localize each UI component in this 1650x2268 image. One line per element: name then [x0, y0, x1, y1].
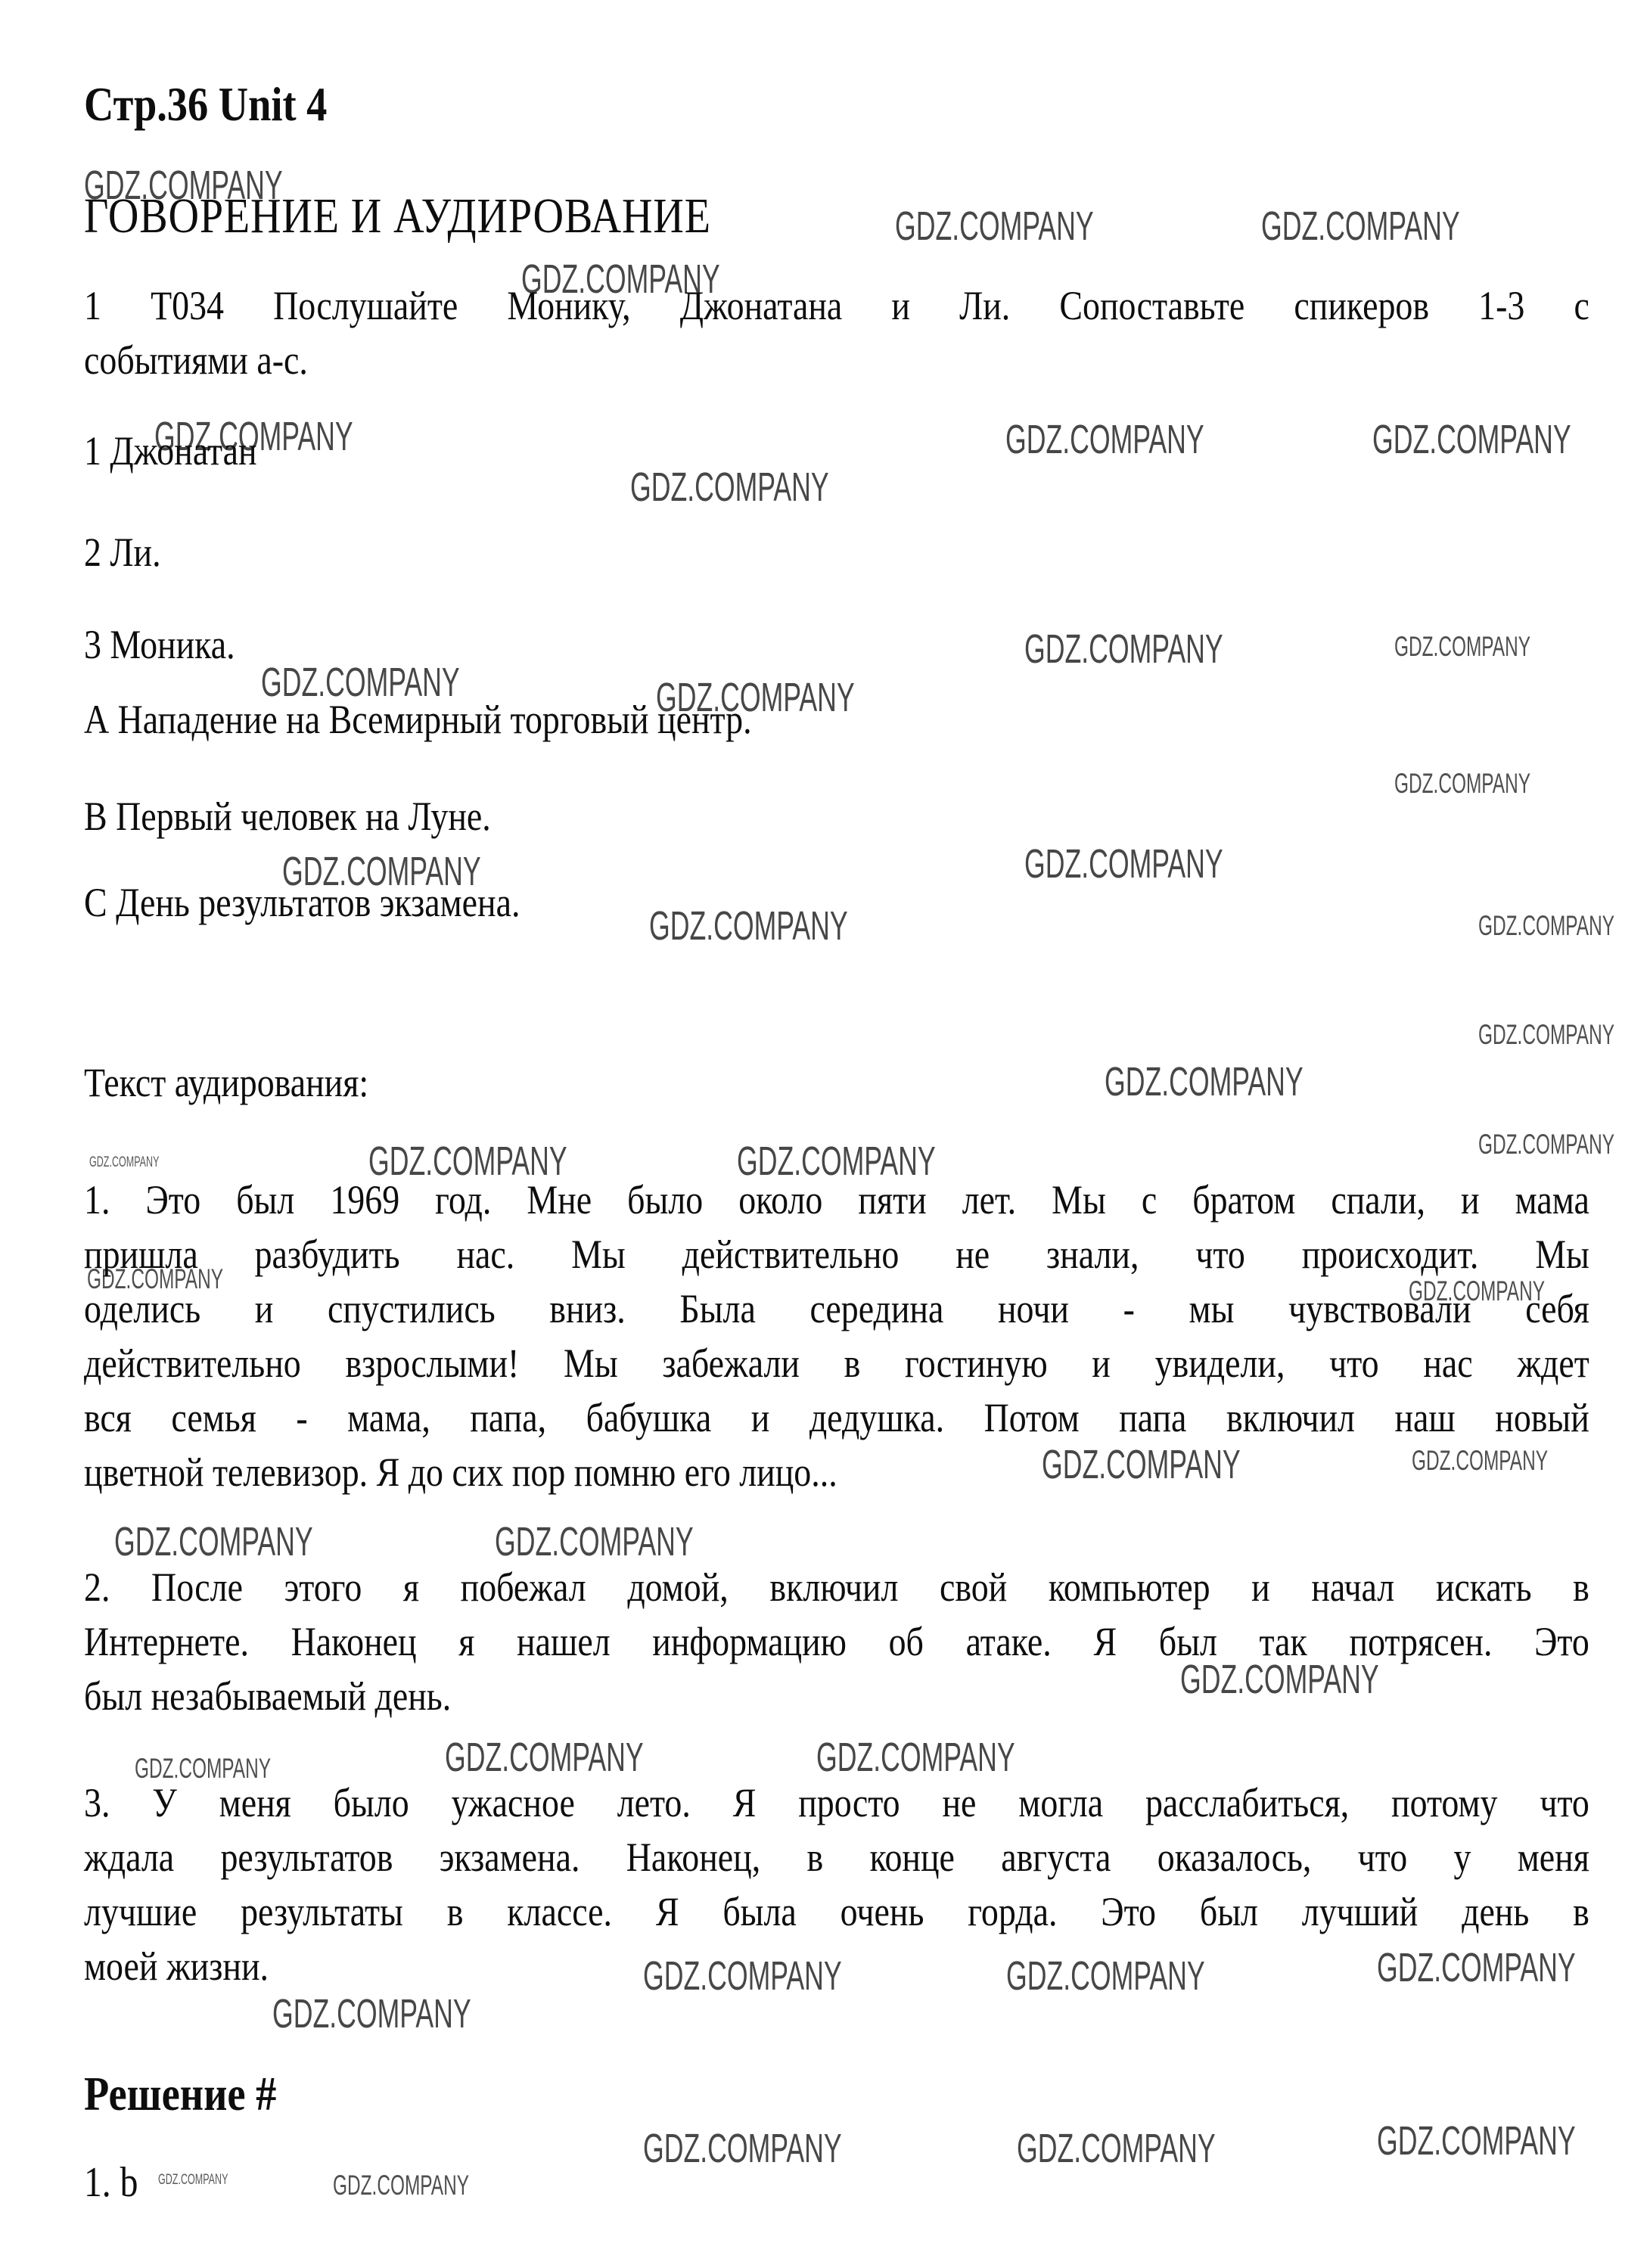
audio-script-heading: Текст аудирования:	[84, 1055, 1589, 1110]
text-line: 3. У меня было ужасное лето. Я просто не…	[84, 1776, 1589, 1830]
gdz-watermark: GDZ.COMPANY	[1377, 2120, 1576, 2163]
gdz-watermark: GDZ.COMPANY	[89, 1155, 159, 1170]
text-line: лучшие результаты в классе. Я была очень…	[84, 1884, 1589, 1939]
solution-heading: Решение #	[84, 2065, 1589, 2124]
text-line: моей жизни.	[84, 1939, 1589, 1993]
speaker-item-1: 1 Джонатан	[84, 424, 1589, 478]
text-line: 1 Т034 Послушайте Монику, Джонатана и Ли…	[84, 278, 1589, 333]
event-item-c: С День результатов экзамена.	[84, 875, 1589, 930]
speaker-item-2: 2 Ли.	[84, 525, 1589, 579]
text-line: оделись и спустились вниз. Была середина…	[84, 1282, 1589, 1336]
audio-paragraph-3: 3. У меня было ужасное лето. Я просто не…	[84, 1776, 1589, 1993]
audio-paragraph-1: 1. Это был 1969 год. Мне было около пяти…	[84, 1173, 1589, 1499]
text-line: действительно взрослыми! Мы забежали в г…	[84, 1336, 1589, 1390]
text-line: ждала результатов экзамена. Наконец, в к…	[84, 1830, 1589, 1884]
gdz-watermark: GDZ.COMPANY	[445, 1736, 644, 1779]
document-page: GDZ.COMPANYGDZ.COMPANYGDZ.COMPANYGDZ.COM…	[0, 0, 1650, 2268]
text-line: был незабываемый день.	[84, 1669, 1589, 1723]
text-line: цветной телевизор. Я до сих пор помню ег…	[84, 1445, 1589, 1499]
page-title: Стр.36 Unit 4	[84, 76, 1589, 134]
section-heading: ГОВОРЕНИЕ И АУДИРОВАНИЕ	[84, 186, 1589, 246]
task-paragraph: 1 Т034 Послушайте Монику, Джонатана и Ли…	[84, 278, 1589, 387]
answer-text: 1. b	[84, 2158, 1589, 2208]
text-line: событиями a-c.	[84, 333, 1589, 387]
text-line: 2. После этого я побежал домой, включил …	[84, 1560, 1589, 1614]
speaker-item-3: 3 Моника.	[84, 617, 1589, 672]
text-line: пришла разбудить нас. Мы действительно н…	[84, 1227, 1589, 1282]
gdz-watermark: GDZ.COMPANY	[816, 1736, 1015, 1779]
event-item-b: В Первый человек на Луне.	[84, 789, 1589, 844]
text-line: Интернете. Наконец я нашел информацию об…	[84, 1614, 1589, 1669]
gdz-watermark: GDZ.COMPANY	[1478, 1130, 1614, 1160]
gdz-watermark: GDZ.COMPANY	[272, 1993, 471, 2036]
audio-paragraph-2: 2. После этого я побежал домой, включил …	[84, 1560, 1589, 1723]
event-item-a: А Нападение на Всемирный торговый центр.	[84, 692, 1589, 747]
text-line: 1. Это был 1969 год. Мне было около пяти…	[84, 1173, 1589, 1227]
gdz-watermark: GDZ.COMPANY	[495, 1521, 694, 1564]
gdz-watermark: GDZ.COMPANY	[1478, 1021, 1614, 1050]
gdz-watermark: GDZ.COMPANY	[114, 1521, 313, 1564]
text-line: вся семья - мама, папа, бабушка и дедушк…	[84, 1390, 1589, 1445]
